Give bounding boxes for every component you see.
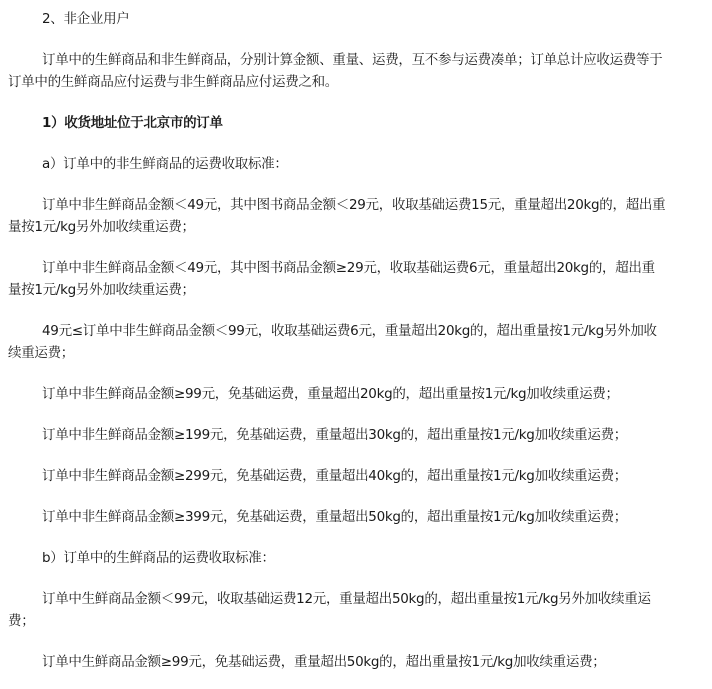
document-body: 2、非企业用户 订单中的生鲜商品和非生鲜商品，分别计算金额、重量、运费，互不参与… (8, 8, 668, 673)
rule-paragraph: 订单中非生鲜商品金额≥99元，免基础运费，重量超出20kg的，超出重量按1元/k… (8, 383, 668, 405)
part-a-heading: a）订单中的非生鲜商品的运费收取标准： (8, 153, 668, 175)
rule-paragraph: 49元≤订单中非生鲜商品金额＜99元，收取基础运费6元，重量超出20kg的，超出… (8, 320, 668, 364)
rule-paragraph: 订单中生鲜商品金额≥99元，免基础运费，重量超出50kg的，超出重量按1元/kg… (8, 651, 668, 673)
intro-paragraph: 订单中的生鲜商品和非生鲜商品，分别计算金额、重量、运费，互不参与运费凑单；订单总… (8, 49, 668, 93)
section-title: 2、非企业用户 (8, 8, 668, 30)
rule-paragraph: 订单中非生鲜商品金额≥299元，免基础运费，重量超出40kg的，超出重量按1元/… (8, 465, 668, 487)
rule-paragraph: 订单中非生鲜商品金额≥399元，免基础运费，重量超出50kg的，超出重量按1元/… (8, 506, 668, 528)
rule-paragraph: 订单中非生鲜商品金额＜49元，其中图书商品金额≥29元，收取基础运费6元，重量超… (8, 257, 668, 301)
subsection-title: 1）收货地址位于北京市的订单 (8, 112, 668, 134)
part-b-heading: b）订单中的生鲜商品的运费收取标准： (8, 547, 668, 569)
rule-paragraph: 订单中非生鲜商品金额＜49元，其中图书商品金额＜29元，收取基础运费15元，重量… (8, 194, 668, 238)
rule-paragraph: 订单中非生鲜商品金额≥199元，免基础运费，重量超出30kg的，超出重量按1元/… (8, 424, 668, 446)
rule-paragraph: 订单中生鲜商品金额＜99元，收取基础运费12元，重量超出50kg的，超出重量按1… (8, 588, 668, 632)
